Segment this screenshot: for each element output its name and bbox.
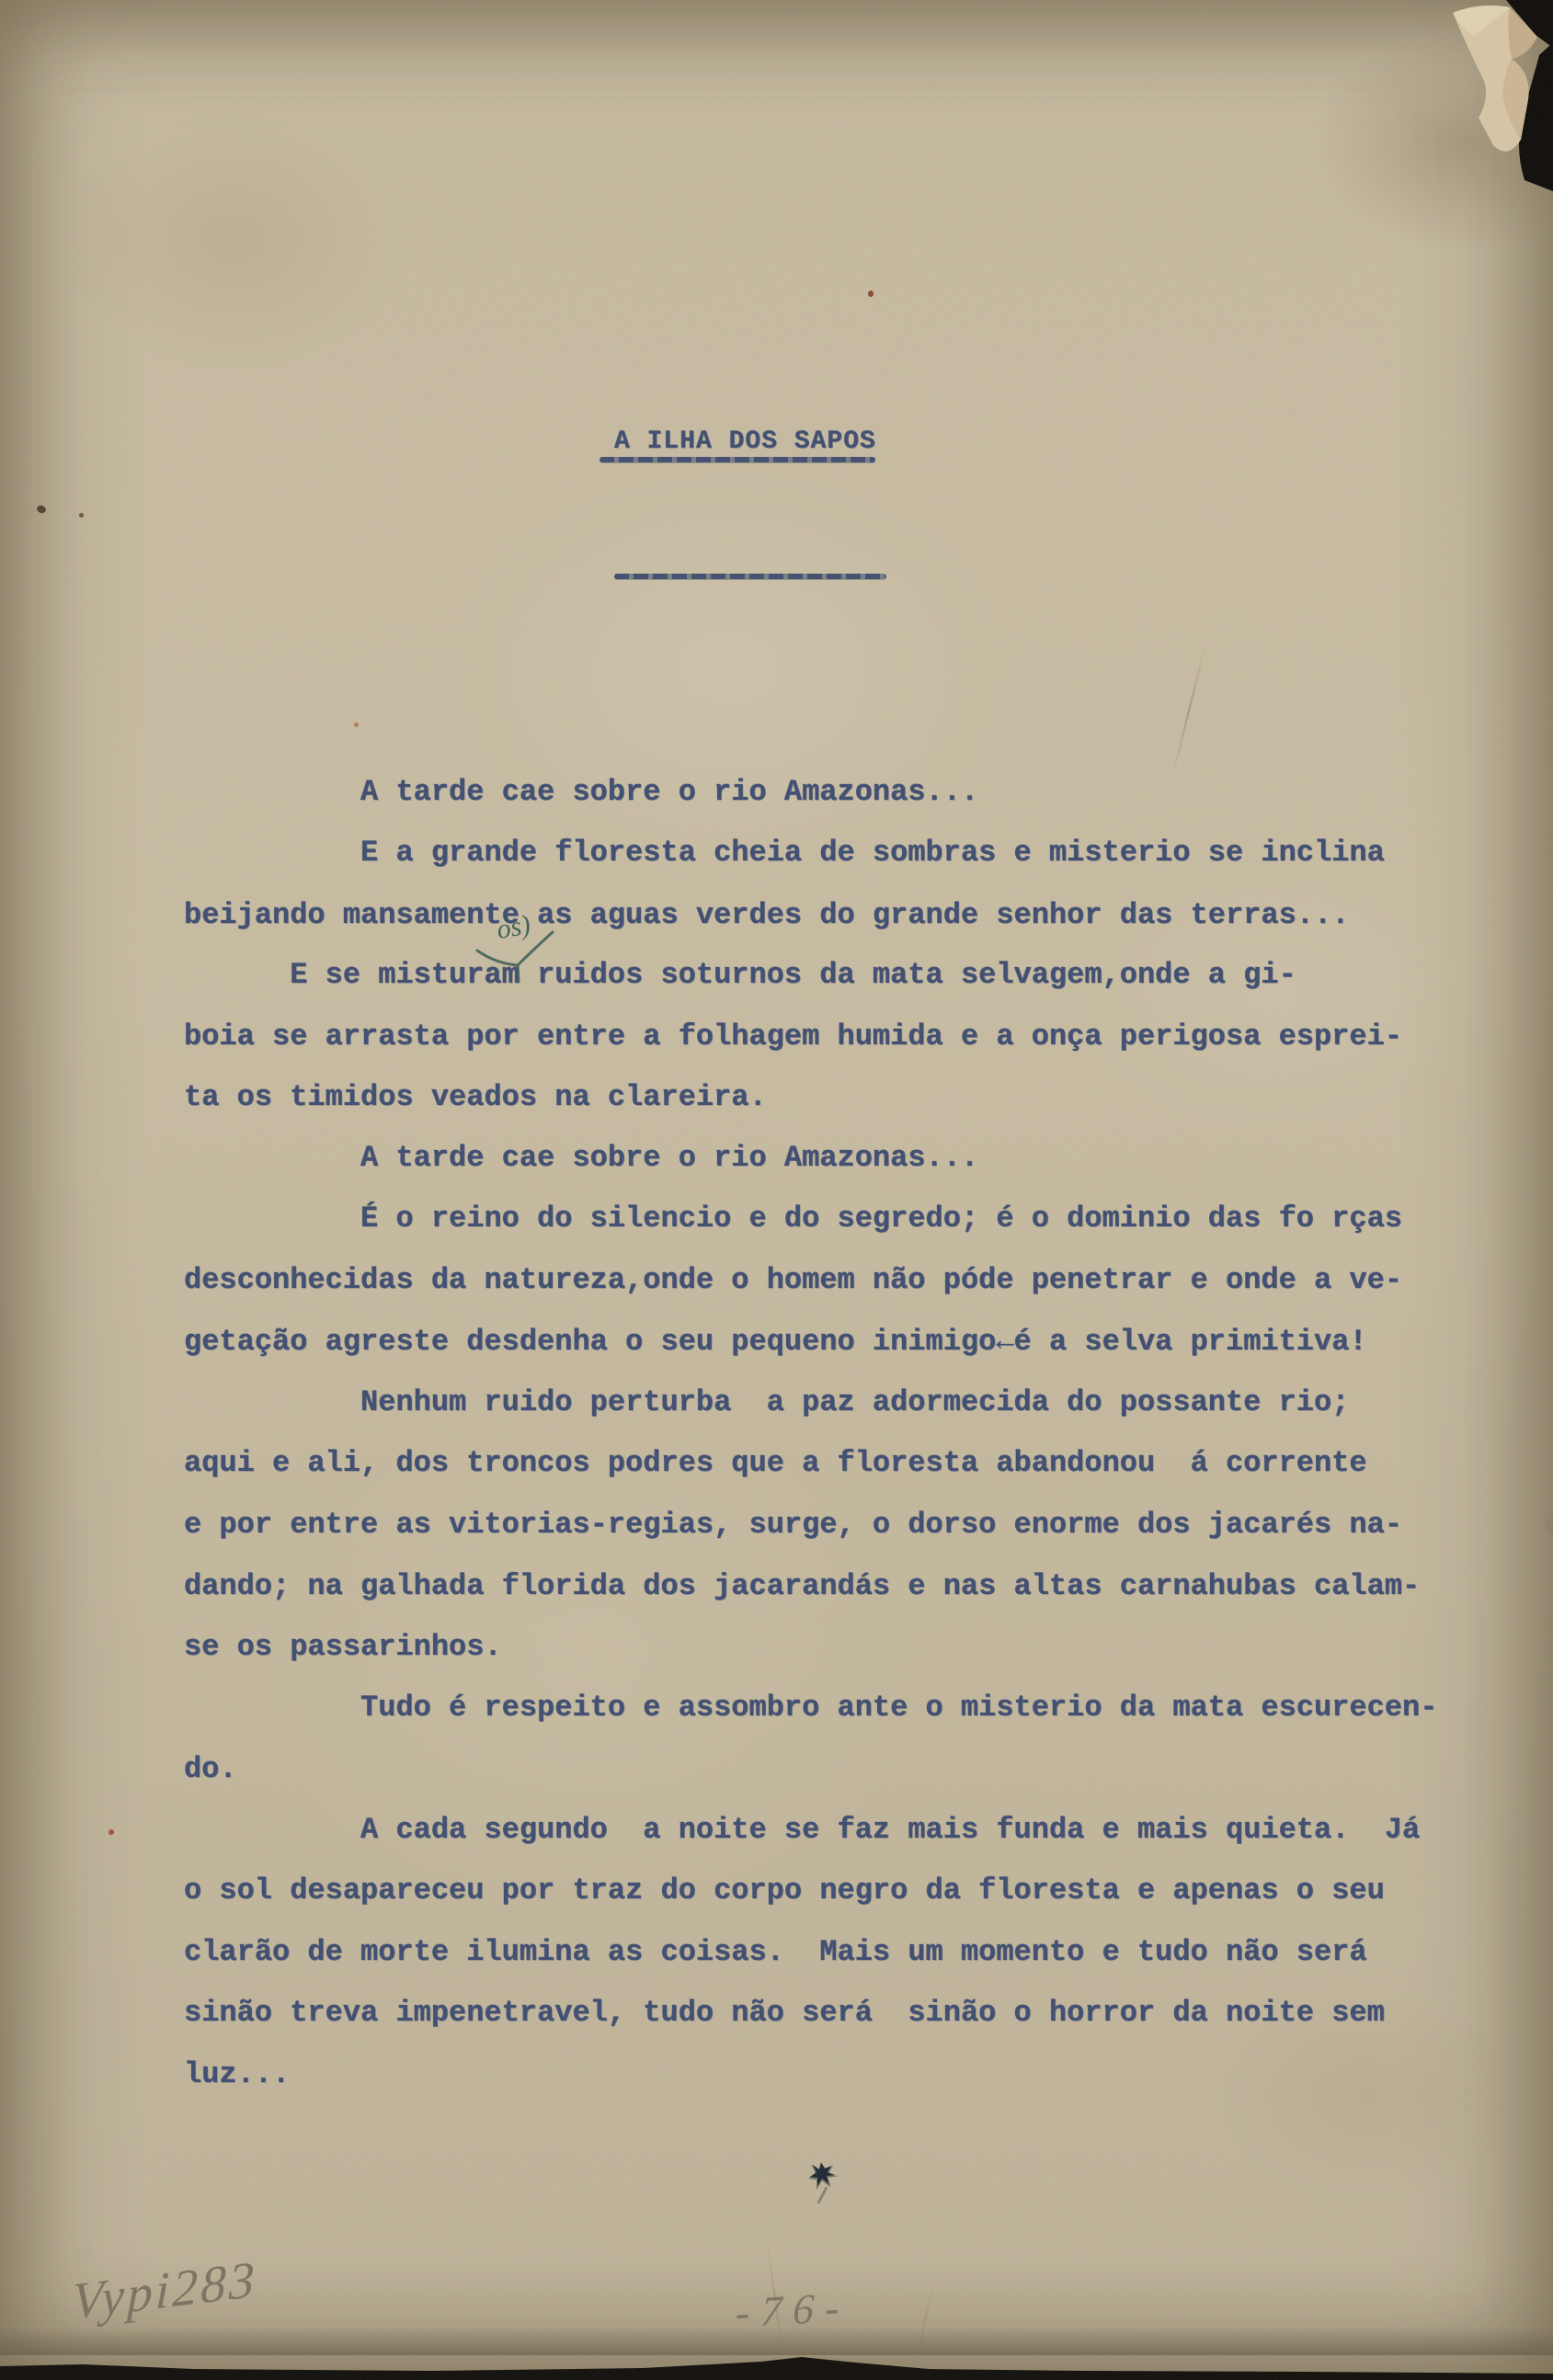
typescript-line: A tarde cae sobre o rio Amazonas... xyxy=(184,762,1553,823)
document-photo: A ILHA DOS SAPOS A tarde cae sobre o rio… xyxy=(0,0,1553,2380)
typescript-line: Nenhum ruido perturba a paz adormecida d… xyxy=(184,1372,1553,1433)
handwritten-insertion-text: os) xyxy=(495,909,533,945)
typescript-line: boia se arrasta por entre a folhagem hum… xyxy=(184,1007,1553,1067)
section-divider-line xyxy=(614,574,886,579)
handwritten-insertion-mark: os) xyxy=(464,908,584,1004)
typescript-line: ta os timidos veados na clareira. xyxy=(184,1067,1553,1128)
typescript-line: A cada segundo a noite se faz mais funda… xyxy=(184,1800,1553,1861)
typescript-line: dando; na galhada florida dos jacarandás… xyxy=(184,1556,1553,1617)
typescript-body: A tarde cae sobre o rio Amazonas... E a … xyxy=(0,762,1553,2105)
torn-corner xyxy=(1425,0,1553,221)
typescript-line: É o reino do silencio e do segredo; é o … xyxy=(184,1189,1553,1249)
paper-sheet: A ILHA DOS SAPOS A tarde cae sobre o rio… xyxy=(0,0,1553,2380)
typescript-line: A tarde cae sobre o rio Amazonas... xyxy=(184,1128,1553,1189)
document-title: A ILHA DOS SAPOS xyxy=(614,428,876,456)
page-bottom-edge xyxy=(0,2350,1553,2380)
typescript-line: luz... xyxy=(184,2044,1553,2105)
paper-crease xyxy=(1171,643,1206,778)
paper-speck xyxy=(354,723,359,727)
typescript-line: do. xyxy=(184,1739,1553,1800)
typescript-line: beijando mansamente as aguas verdes do g… xyxy=(184,885,1553,946)
typescript-line: sinão treva impenetravel, tudo não será … xyxy=(184,1983,1553,2044)
paper-speck xyxy=(79,513,84,518)
paper-speck xyxy=(36,505,47,515)
typescript-line: E se misturam ruidos soturnos da mata se… xyxy=(184,945,1553,1006)
title-underline xyxy=(600,457,875,462)
typescript-line: desconhecidas da natureza,onde o homem n… xyxy=(184,1250,1553,1311)
typescript-line: aqui e ali, dos troncos podres que a flo… xyxy=(184,1433,1553,1494)
typescript-line: clarão de morte ilumina as coisas. Mais … xyxy=(184,1922,1553,1983)
typescript-line: Tudo é respeito e assombro ante o mister… xyxy=(184,1678,1553,1738)
paper-speck xyxy=(868,290,874,297)
paper-speck xyxy=(108,1829,114,1835)
handwritten-inventory-mark: Vypi283 xyxy=(72,2251,257,2329)
typescript-line: o sol desapareceu por traz do corpo negr… xyxy=(184,1861,1553,1921)
typescript-line: getação agreste desdenha o seu pequeno i… xyxy=(184,1312,1553,1372)
typescript-line: e por entre as vitorias-regias, surge, o… xyxy=(184,1495,1553,1555)
typescript-line: se os passarinhos. xyxy=(184,1617,1553,1678)
typescript-line: E a grande floresta cheia de sombras e m… xyxy=(184,823,1553,883)
